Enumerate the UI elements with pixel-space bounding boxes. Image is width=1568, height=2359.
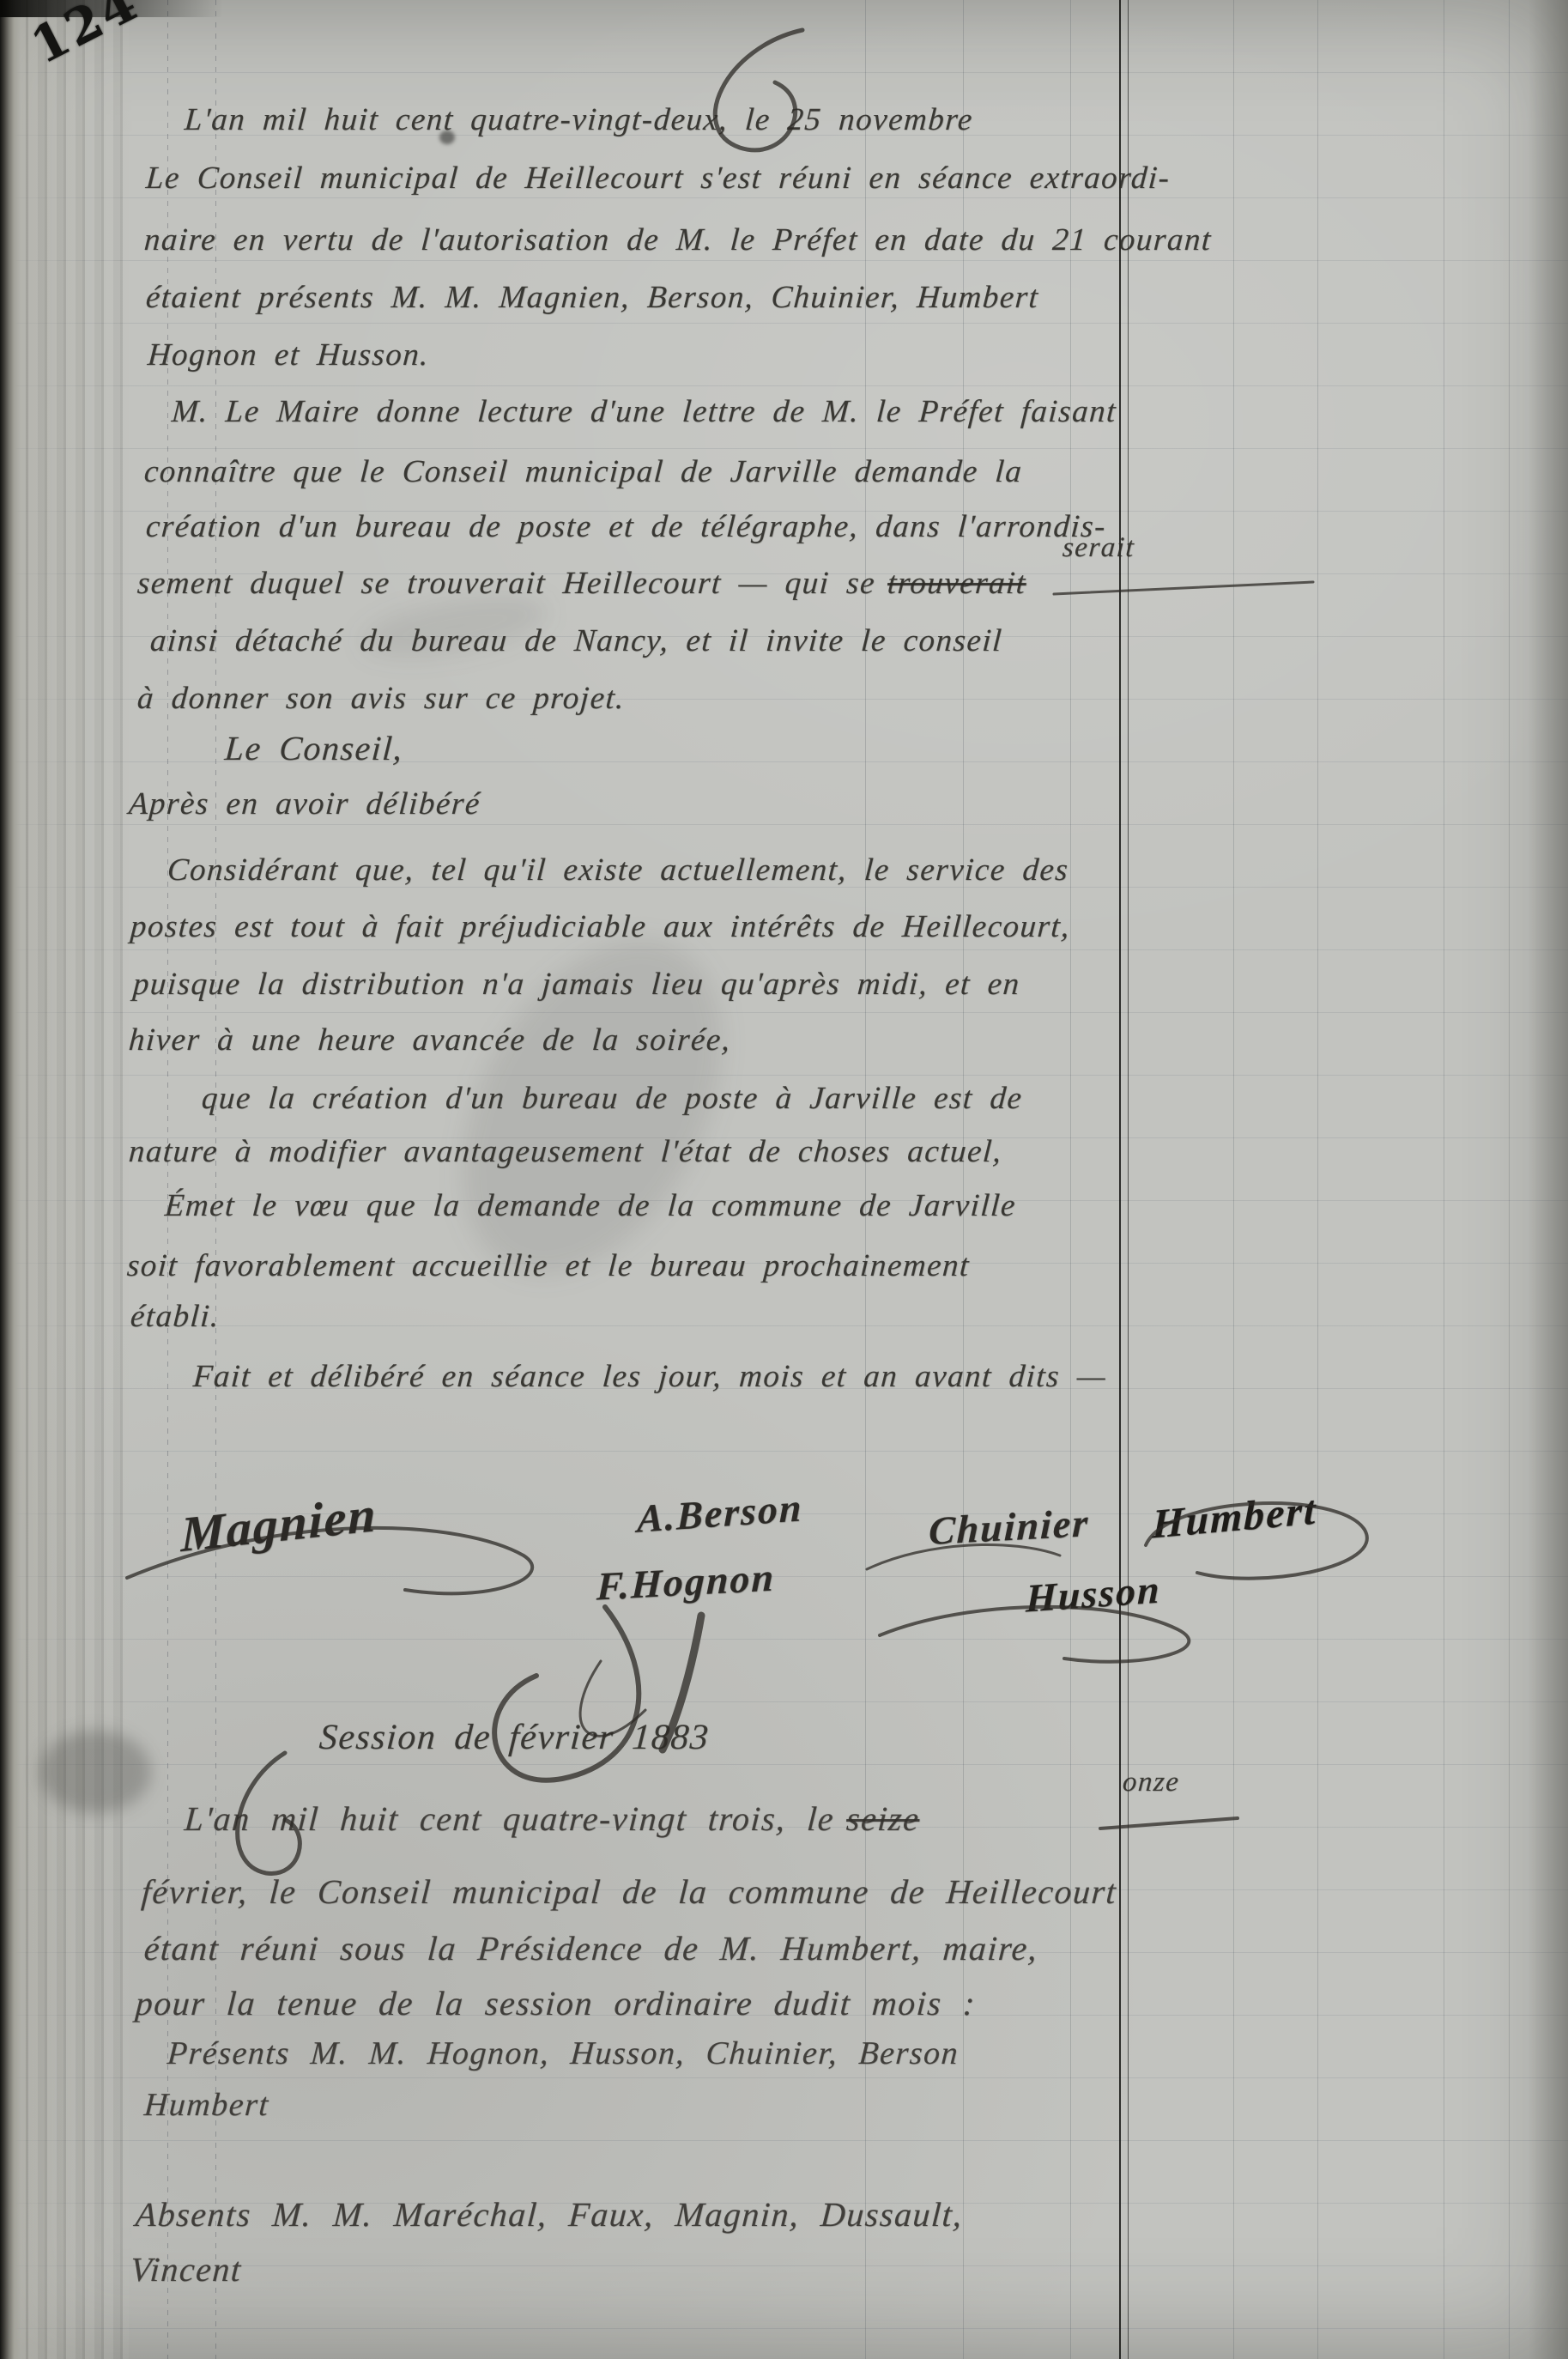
manuscript-line: puisque la distribution n'a jamais lieu … (131, 966, 1021, 1003)
manuscript-line: création d'un bureau de poste et de télé… (144, 508, 1107, 545)
column-rule (1509, 0, 1510, 2359)
manuscript-text: sement duquel se trouverait Heillecourt … (136, 566, 877, 601)
manuscript-line: étaient présents M. M. Magnien, Berson, … (144, 279, 1040, 316)
manuscript-line: naire en vertu de l'autorisation de M. l… (142, 221, 1213, 258)
manuscript-line: Le Conseil municipal de Heillecourt s'es… (144, 160, 1171, 197)
manuscript-line: hiver à une heure avancée de la soirée, (127, 1022, 732, 1058)
column-rule (1233, 0, 1234, 2359)
manuscript-line: que la création d'un bureau de poste à J… (200, 1080, 1023, 1117)
manuscript-line: établi. (129, 1298, 221, 1335)
manuscript-line-with-correction: L'an mil huit cent quatre-vingt trois, l… (183, 1798, 921, 1839)
manuscript-line: M. Le Maire donne lecture d'une lettre d… (170, 393, 1117, 430)
session-heading: Session de février 1883 (318, 1717, 711, 1758)
column-rule (1444, 0, 1444, 2359)
manuscript-line: Émet le vœu que la demande de la commune… (163, 1187, 1017, 1224)
struck-word: trouverait (887, 566, 1027, 601)
manuscript-line: Humbert (142, 2086, 270, 2124)
manuscript-line: Absents M. M. Maréchal, Faux, Magnin, Du… (134, 2194, 964, 2235)
manuscript-line: Fait et délibéré en séance les jour, moi… (191, 1358, 1107, 1395)
manuscript-line: Présents M. M. Hognon, Husson, Chuinier,… (166, 2035, 960, 2072)
register-page: 124 L'an mil huit cent quatre-vingt-deux… (0, 0, 1568, 2359)
manuscript-line: connaître que le Conseil municipal de Ja… (142, 453, 1023, 490)
page-edge-streaks (26, 0, 129, 2359)
column-rule (1317, 0, 1318, 2359)
fold-line-dark (1119, 0, 1121, 2359)
manuscript-line: Après en avoir délibéré (127, 785, 481, 822)
manuscript-text: L'an mil huit cent quatre-vingt trois, l… (183, 1799, 835, 1838)
manuscript-line: Vincent (129, 2249, 243, 2289)
column-rule (1070, 0, 1071, 2359)
manuscript-line-with-correction: sement duquel se trouverait Heillecourt … (136, 565, 1027, 602)
interlined-correction: onze (1122, 1767, 1181, 1798)
manuscript-line: ainsi détaché du bureau de Nancy, et il … (148, 622, 1003, 659)
manuscript-line: étant réuni sous la Présidence de M. Hum… (142, 1928, 1039, 1968)
signature: Chuinier (928, 1500, 1090, 1554)
manuscript-line: postes est tout à fait préjudiciable aux… (129, 908, 1071, 945)
interlined-correction: serait (1062, 532, 1136, 564)
scan-right-edge (1529, 0, 1568, 2359)
signature: Husson (1026, 1566, 1161, 1621)
manuscript-line: soit favorablement accueillie et le bure… (125, 1247, 971, 1284)
struck-word: seize (845, 1799, 921, 1838)
manuscript-line: Considérant que, tel qu'il existe actuel… (166, 852, 1069, 888)
manuscript-line: février, le Conseil municipal de la comm… (140, 1871, 1118, 1912)
manuscript-line: nature à modifier avantageusement l'état… (127, 1133, 1003, 1170)
fold-line-dark (1128, 0, 1129, 2359)
manuscript-line: pour la tenue de la session ordinaire du… (134, 1983, 977, 2023)
manuscript-line: L'an mil huit cent quatre-vingt-deux, le… (183, 101, 974, 138)
signature: F.Hognon (596, 1554, 776, 1609)
manuscript-line: Le Conseil, (223, 728, 404, 768)
manuscript-line: à donner son avis sur ce projet. (136, 680, 626, 717)
smudge-mark (39, 1731, 151, 1813)
manuscript-line: Hognon et Husson. (146, 337, 430, 373)
